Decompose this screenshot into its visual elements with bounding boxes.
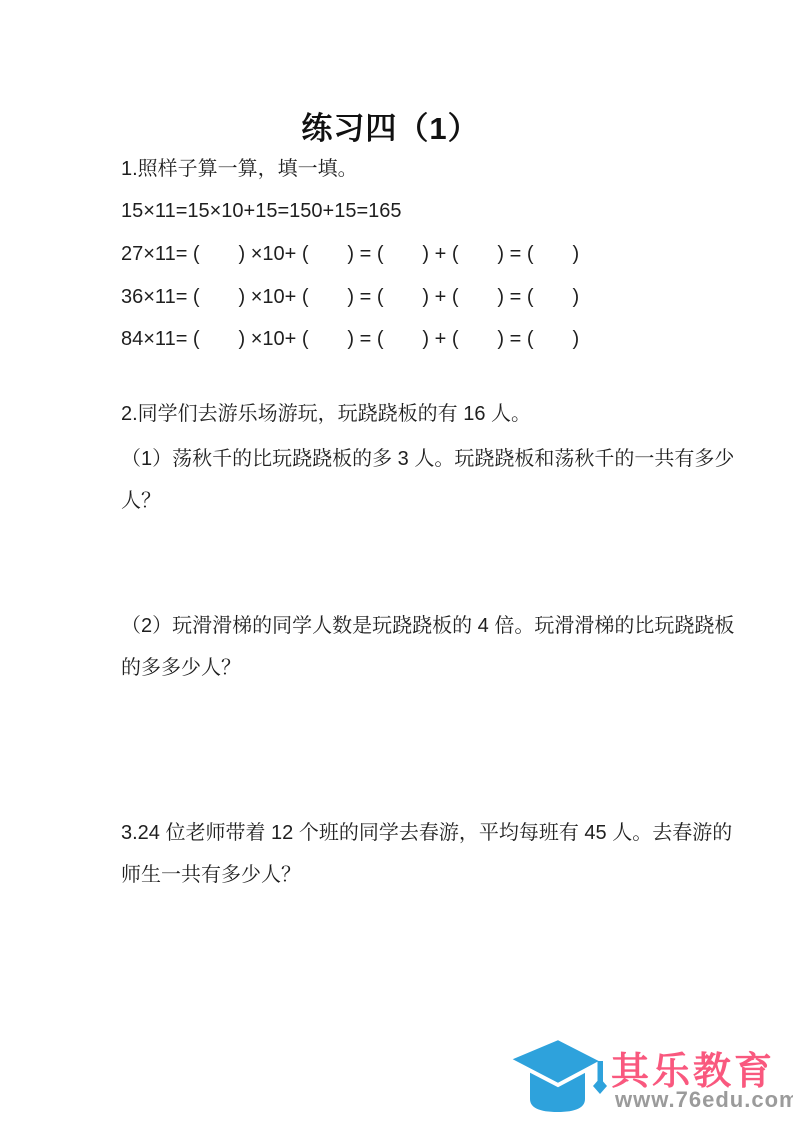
q2-part1-line1: （1）荡秋千的比玩跷跷板的多 3 人。玩跷跷板和荡秋千的一共有多少 bbox=[121, 447, 734, 472]
q1-prompt: 1.照样子算一算，填一填。 bbox=[121, 157, 358, 182]
worksheet-page: 练习四（1） 1.照样子算一算，填一填。 15×11=15×10+15=150+… bbox=[0, 0, 793, 1122]
q1-blank-equation-27: 27×11= ( ) ×10+ ( ) = ( ) + ( ) = ( ) bbox=[121, 242, 579, 267]
q3-line1: 3.24 位老师带着 12 个班的同学去春游，平均每班有 45 人。去春游的 bbox=[121, 821, 732, 846]
q2-intro: 2.同学们去游乐场游玩，玩跷跷板的有 16 人。 bbox=[121, 402, 531, 427]
worksheet-title: 练习四（1） bbox=[121, 103, 660, 148]
graduation-cap-icon bbox=[505, 1036, 608, 1114]
q2-part2-line2: 的多多少人？ bbox=[121, 656, 241, 681]
brand-url: www.76edu.com bbox=[615, 1087, 793, 1113]
q2-part2-line1: （2）玩滑滑梯的同学人数是玩跷跷板的 4 倍。玩滑滑梯的比玩跷跷板 bbox=[121, 614, 734, 639]
q1-blank-equation-36: 36×11= ( ) ×10+ ( ) = ( ) + ( ) = ( ) bbox=[121, 285, 579, 310]
q1-example-equation: 15×11=15×10+15=150+15=165 bbox=[121, 199, 402, 224]
q3-line2: 师生一共有多少人？ bbox=[121, 863, 301, 888]
q2-part1-line2: 人？ bbox=[121, 489, 161, 514]
brand-watermark: 其乐教育 www.76edu.com bbox=[505, 1036, 793, 1116]
q1-blank-equation-84: 84×11= ( ) ×10+ ( ) = ( ) + ( ) = ( ) bbox=[121, 327, 579, 352]
